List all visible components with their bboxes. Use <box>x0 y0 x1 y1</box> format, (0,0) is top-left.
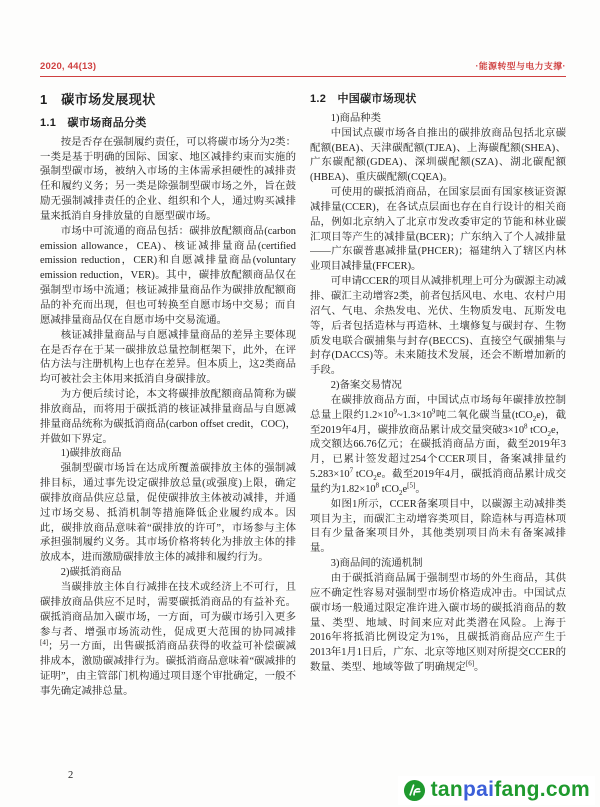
paragraph: 当碳排放主体自行减排在技术或经济上不可行，且碳排放商品供应不足时，需要碳抵消商品… <box>40 581 296 700</box>
article-body: 1 碳市场发展现状 1.1 碳市场商品分类 按是否存在强制履约责任，可以将碳市场… <box>40 92 566 767</box>
watermark-text: tanpaifang.com <box>431 778 590 802</box>
journal-page: 2020, 44(13) ·能源转型与电力支撑· 1 碳市场发展现状 1.1 碳… <box>0 0 600 807</box>
journal-issue-label: 2020, 44(13) <box>40 61 96 72</box>
section-1-1-heading: 1.1 碳市场商品分类 <box>40 116 296 131</box>
paragraph: 3)商品间的流通机制 <box>310 557 566 572</box>
header-rule <box>40 76 566 77</box>
watermark-link[interactable]: tanpaifang.com <box>398 776 595 805</box>
watermark-seg-fang: fang.com <box>494 778 590 801</box>
page-number: 2 <box>68 770 73 781</box>
page-header: 2020, 44(13) ·能源转型与电力支撑· <box>40 59 566 72</box>
paragraph: 如图1所示，CCER备案项目中，以碳源主动减排类项目为主，而碳汇主动增容类项目，… <box>310 498 566 557</box>
paragraph: 可申请CCER的项目从减排机理上可分为碳源主动减排、碳汇主动增容2类，前者包括风… <box>310 275 566 379</box>
paragraph: 可使用的碳抵消商品，在国家层面有国家核证资源减排量(CCER)，在各试点层面也存… <box>310 186 566 275</box>
paragraph: 2)备案交易情况 <box>310 379 566 394</box>
right-column: 1.2 中国碳市场现状 1)商品种类中国试点碳市场各自推出的碳排放商品包括北京碳… <box>310 92 566 767</box>
paragraph: 2)碳抵消商品 <box>40 566 296 581</box>
watermark-seg-pai: pai <box>463 778 494 801</box>
paragraph: 在碳排放商品方面，中国试点市场每年碳排放控制总量上限约1.2×109~1.3×1… <box>310 394 566 498</box>
paragraph: 1)商品种类 <box>310 112 566 127</box>
left-paragraphs: 按是否存在强制履约责任，可以将碳市场分为2类：一类是基于明确的国际、国家、地区减… <box>40 136 296 700</box>
paragraph: 强制型碳市场旨在达成所覆盖碳排放主体的强制减排目标，通过事先设定碳排放总量(或强… <box>40 462 296 566</box>
right-paragraphs: 1)商品种类中国试点碳市场各自推出的碳排放商品包括北京碳配额(BEA)、天津碳配… <box>310 112 566 676</box>
watermark-seg-tan: tan <box>431 778 463 801</box>
left-column: 1 碳市场发展现状 1.1 碳市场商品分类 按是否存在强制履约责任，可以将碳市场… <box>40 92 296 767</box>
section-1-2-heading: 1.2 中国碳市场现状 <box>310 92 566 107</box>
section-banner-label: ·能源转型与电力支撑· <box>475 59 566 72</box>
paragraph: 由于碳抵消商品属于强制型市场的外生商品，其供应不确定性容易对强制型市场价格造成冲… <box>310 572 566 676</box>
paragraph: 市场中可流通的商品包括：碳排放配额商品(carbon emission allo… <box>40 225 296 329</box>
paragraph: 中国试点碳市场各自推出的碳排放商品包括北京碳配额(BEA)、天津碳配额(TJEA… <box>310 127 566 186</box>
paragraph: 核证减排量商品与自愿减排量商品的差异主要体现在是否存在于某一碳排放总量控制框架下… <box>40 329 296 388</box>
paragraph: 1)碳排放商品 <box>40 447 296 462</box>
paragraph: 按是否存在强制履约责任，可以将碳市场分为2类：一类是基于明确的国际、国家、地区减… <box>40 136 296 225</box>
paragraph: 为方便后续讨论，本文将碳排放配额商品简称为碳排放商品，而将用于碳抵消的核证减排量… <box>40 388 296 447</box>
tanpaifang-logo-icon <box>403 779 426 802</box>
section-1-heading: 1 碳市场发展现状 <box>40 93 296 108</box>
